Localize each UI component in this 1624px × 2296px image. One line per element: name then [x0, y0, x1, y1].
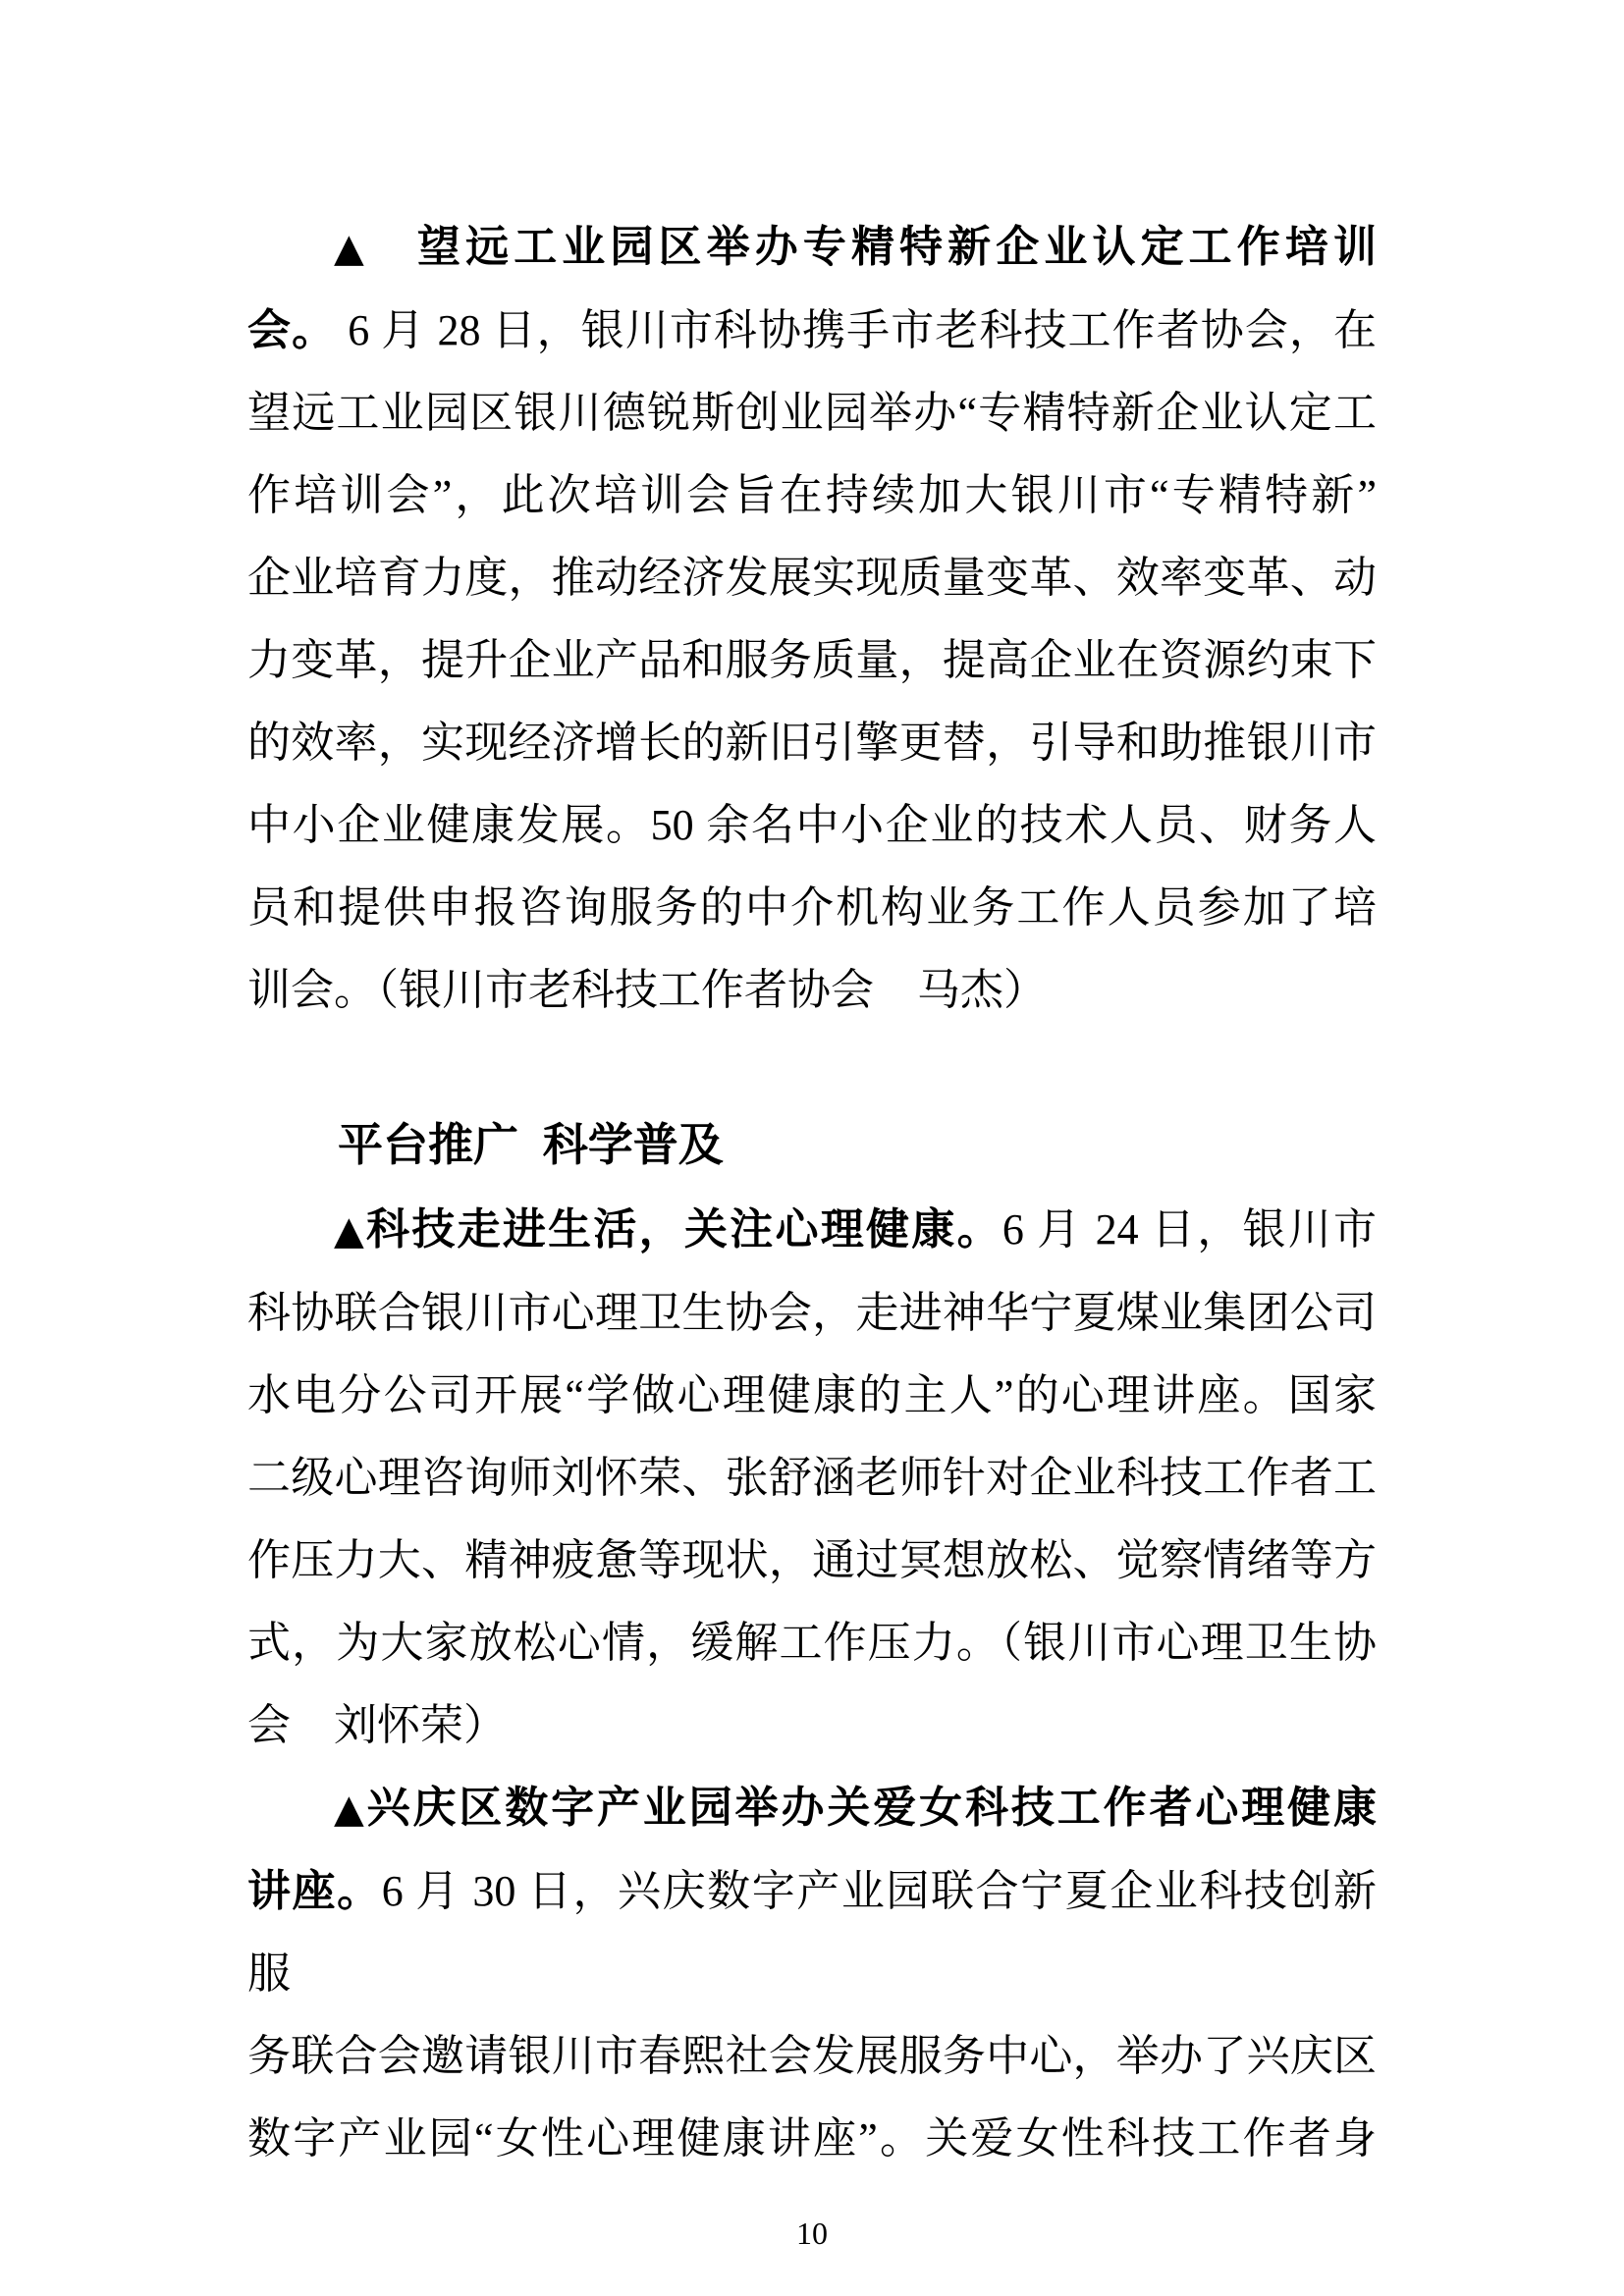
paragraph-line: 员和提供申报咨询服务的中介机构业务工作人员参加了培	[247, 867, 1377, 949]
paragraph-text: 企业培育力度，推动经济发展实现质量变革、效率变革、动	[247, 554, 1377, 602]
page-number: 10	[247, 2212, 1377, 2255]
paragraph-line: 讲座。6 月 30 日，兴庆数字产业园联合宁夏企业科技创新服	[247, 1850, 1377, 2015]
paragraph-line: 的效率，实现经济增长的新旧引擎更替，引导和助推银川市	[247, 702, 1377, 784]
paragraph-line: 作压力大、精神疲惫等现状，通过冥想放松、觉察情绪等方	[247, 1520, 1377, 1602]
paragraph-bold-text: 会。	[247, 306, 336, 354]
paragraph-line: 科协联合银川市心理卫生协会，走进神华宁夏煤业集团公司	[247, 1272, 1377, 1355]
paragraph-text: 6 月 30 日，兴庆数字产业园联合宁夏企业科技创新服	[247, 1867, 1377, 1998]
paragraph-bold-text: 望远工业园区举办专精特新企业认定工作培训	[369, 223, 1377, 271]
paragraph-line: 作培训会”，此次培训会旨在持续加大银川市“专精特新”	[247, 454, 1377, 537]
paragraph-text: 会 刘怀荣）	[247, 1701, 507, 1749]
paragraph-text: 数字产业园“女性心理健康讲座”。关爱女性科技工作者身	[247, 2114, 1377, 2163]
paragraph-bold-text: 讲座。	[247, 1867, 382, 1915]
paragraph-bold-text: 兴庆区数字产业园举办关爱女科技工作者心理健康	[367, 1784, 1377, 1832]
paragraph-line: ▲兴庆区数字产业园举办关爱女科技工作者心理健康	[247, 1767, 1377, 1850]
triangle-bullet-icon: ▲	[334, 1208, 366, 1254]
paragraph-text: 科协联合银川市心理卫生协会，走进神华宁夏煤业集团公司	[247, 1289, 1377, 1337]
document-page: ▲ 望远工业园区举办专精特新企业认定工作培训 会。 6 月 28 日，银川市科协…	[0, 0, 1624, 2296]
paragraph-text: 望远工业园区银川德锐斯创业园举办“专精特新企业认定工	[247, 389, 1377, 437]
paragraph-text: 中小企业健康发展。50 余名中小企业的技术人员、财务人	[247, 801, 1377, 849]
paragraph-line: 望远工业园区银川德锐斯创业园举办“专精特新企业认定工	[247, 372, 1377, 454]
paragraph-text: 力变革，提升企业产品和服务质量，提高企业在资源约束下	[247, 636, 1377, 684]
paragraph-line: 训会。（银川市老科技工作者协会 马杰）	[247, 949, 1377, 1032]
page-body: ▲ 望远工业园区举办专精特新企业认定工作培训 会。 6 月 28 日，银川市科协…	[247, 206, 1377, 2255]
paragraph-text: 水电分公司开展“学做心理健康的主人”的心理讲座。国家	[247, 1371, 1377, 1419]
paragraph-line: ▲科技走进生活，关注心理健康。6 月 24 日，银川市	[247, 1189, 1377, 1272]
paragraph-text: 训会。（银川市老科技工作者协会 马杰）	[247, 966, 1047, 1014]
paragraph-text: 二级心理咨询师刘怀荣、张舒涵老师针对企业科技工作者工	[247, 1454, 1377, 1502]
paragraph-text: 式，为大家放松心情，缓解工作压力。（银川市心理卫生协	[247, 1619, 1377, 1667]
paragraph-line: 式，为大家放松心情，缓解工作压力。（银川市心理卫生协	[247, 1602, 1377, 1684]
paragraph-line: 务联合会邀请银川市春熙社会发展服务中心，举办了兴庆区	[247, 2015, 1377, 2098]
triangle-bullet-icon: ▲	[334, 226, 369, 271]
section-heading: 平台推广 科学普及	[247, 1103, 1377, 1186]
paragraph-line: 中小企业健康发展。50 余名中小企业的技术人员、财务人	[247, 784, 1377, 867]
paragraph-line: ▲ 望远工业园区举办专精特新企业认定工作培训	[247, 206, 1377, 290]
paragraph-line: 水电分公司开展“学做心理健康的主人”的心理讲座。国家	[247, 1355, 1377, 1437]
paragraph-text: 务联合会邀请银川市春熙社会发展服务中心，举办了兴庆区	[247, 2032, 1377, 2080]
paragraph-line: 数字产业园“女性心理健康讲座”。关爱女性科技工作者身	[247, 2098, 1377, 2180]
paragraph-bold-text: 科技走进生活，关注心理健康。	[366, 1205, 1002, 1254]
paragraph-line: 二级心理咨询师刘怀荣、张舒涵老师针对企业科技工作者工	[247, 1437, 1377, 1520]
paragraph-line: 会 刘怀荣）	[247, 1684, 1377, 1767]
paragraph-text: 的效率，实现经济增长的新旧引擎更替，引导和助推银川市	[247, 719, 1377, 767]
paragraph-text: 6 月 24 日，银川市	[1002, 1205, 1377, 1254]
paragraph-line: 企业培育力度，推动经济发展实现质量变革、效率变革、动	[247, 537, 1377, 619]
triangle-bullet-icon: ▲	[334, 1787, 367, 1832]
paragraph-text: 作压力大、精神疲惫等现状，通过冥想放松、觉察情绪等方	[247, 1536, 1377, 1584]
paragraph-text: 员和提供申报咨询服务的中介机构业务工作人员参加了培	[247, 883, 1377, 932]
paragraph-text: 6 月 28 日，银川市科协携手市老科技工作者协会，在	[336, 306, 1377, 354]
paragraph-line: 会。 6 月 28 日，银川市科协携手市老科技工作者协会，在	[247, 290, 1377, 372]
paragraph-line: 力变革，提升企业产品和服务质量，提高企业在资源约束下	[247, 619, 1377, 702]
paragraph-text: 作培训会”，此次培训会旨在持续加大银川市“专精特新”	[247, 471, 1377, 519]
